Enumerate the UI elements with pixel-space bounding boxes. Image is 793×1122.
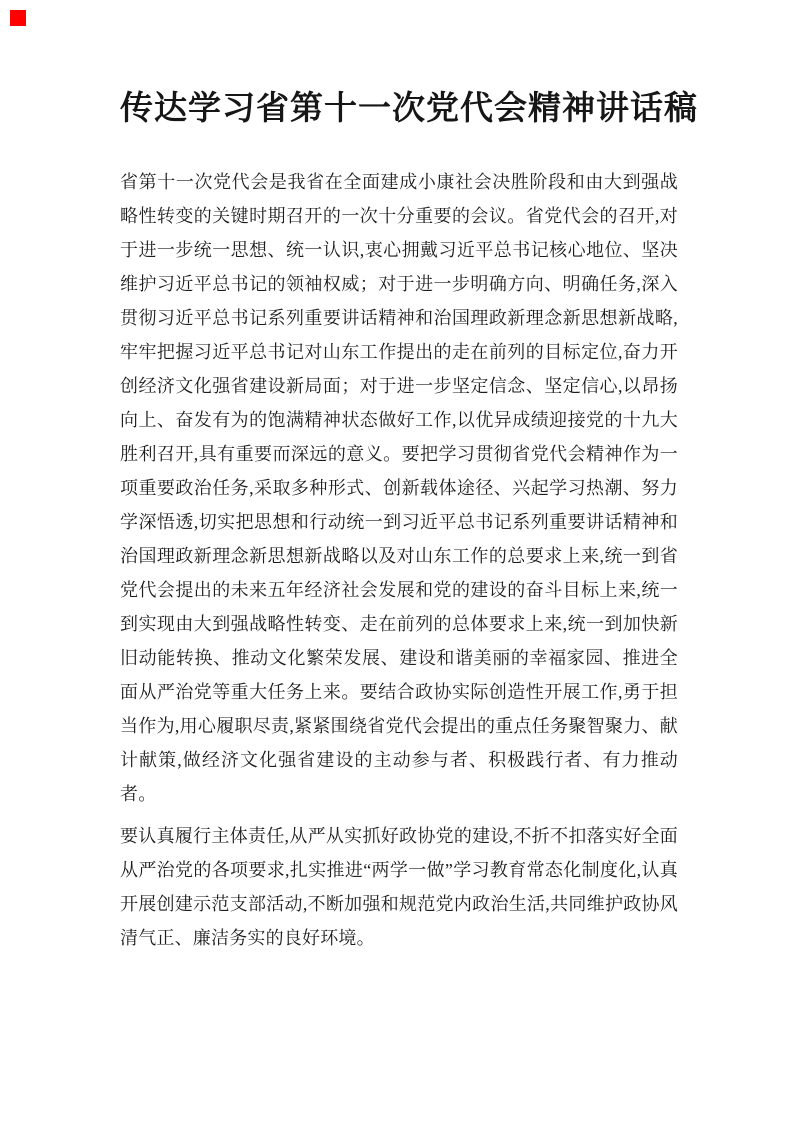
paragraph-2: 要认真履行主体责任,从严从实抓好政协党的建设,不折不扣落实好全面从严治党的各项要… bbox=[120, 819, 678, 955]
document-page: 传达学习省第十一次党代会精神讲话稿 省第十一次党代会是我省在全面建成小康社会决胜… bbox=[0, 0, 793, 1122]
document-body: 省第十一次党代会是我省在全面建成小康社会决胜阶段和由大到强战略性转变的关键时期召… bbox=[120, 165, 678, 955]
red-square-marker bbox=[10, 10, 26, 26]
paragraph-1: 省第十一次党代会是我省在全面建成小康社会决胜阶段和由大到强战略性转变的关键时期召… bbox=[120, 165, 678, 811]
document-title: 传达学习省第十一次党代会精神讲话稿 bbox=[120, 85, 678, 133]
